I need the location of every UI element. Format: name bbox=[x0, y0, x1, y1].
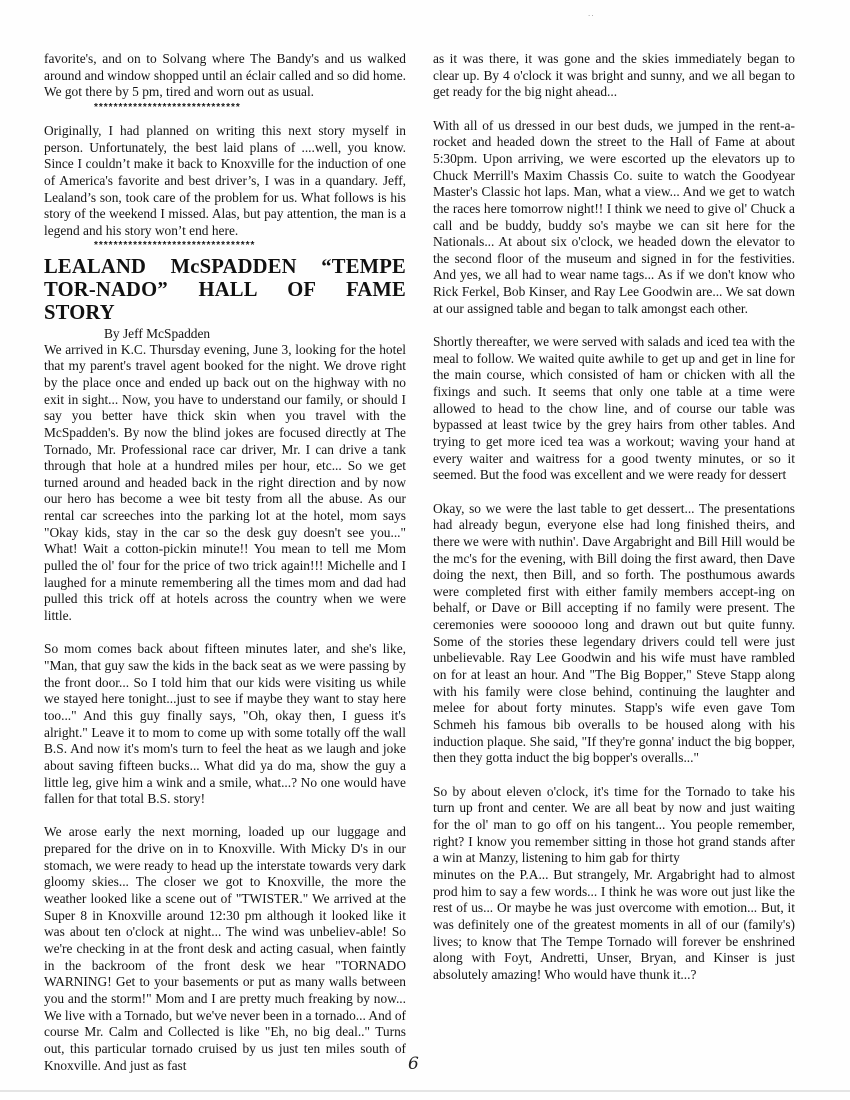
article-paragraph: We arrived in K.C. Thursday evening, Jun… bbox=[44, 342, 406, 625]
right-column: as it was there, it was gone and the ski… bbox=[433, 51, 795, 984]
separator-asterisks: ********************************* bbox=[44, 240, 406, 254]
article-paragraph: With all of us dressed in our best duds,… bbox=[433, 118, 795, 318]
article-paragraph: So by about eleven o'clock, it's time fo… bbox=[433, 784, 795, 867]
scan-edge-divider bbox=[0, 1090, 850, 1092]
page-number: 6 bbox=[408, 1054, 419, 1074]
left-column: favorite's, and on to Solvang where The … bbox=[44, 51, 406, 1074]
editor-note-paragraph: Originally, I had planned on writing thi… bbox=[44, 123, 406, 240]
article-headline: LEALAND McSPADDEN “TEMPE TOR-NADO” HALL … bbox=[44, 256, 406, 325]
article-paragraph: So mom comes back about fifteen minutes … bbox=[44, 641, 406, 808]
separator-asterisks: ****************************** bbox=[44, 101, 406, 117]
intro-paragraph: favorite's, and on to Solvang where The … bbox=[44, 51, 406, 101]
article-byline: By Jeff McSpadden bbox=[44, 325, 406, 342]
article-paragraph: Shortly thereafter, we were served with … bbox=[433, 334, 795, 484]
article-paragraph: as it was there, it was gone and the ski… bbox=[433, 51, 795, 101]
article-paragraph: minutes on the P.A... But strangely, Mr.… bbox=[433, 867, 795, 984]
article-paragraph: Okay, so we were the last table to get d… bbox=[433, 501, 795, 768]
article-paragraph: We arose early the next morning, loaded … bbox=[44, 824, 406, 1074]
top-mark: .. bbox=[588, 9, 594, 18]
newsletter-page: .. favorite's, and on to Solvang where T… bbox=[0, 0, 850, 1100]
